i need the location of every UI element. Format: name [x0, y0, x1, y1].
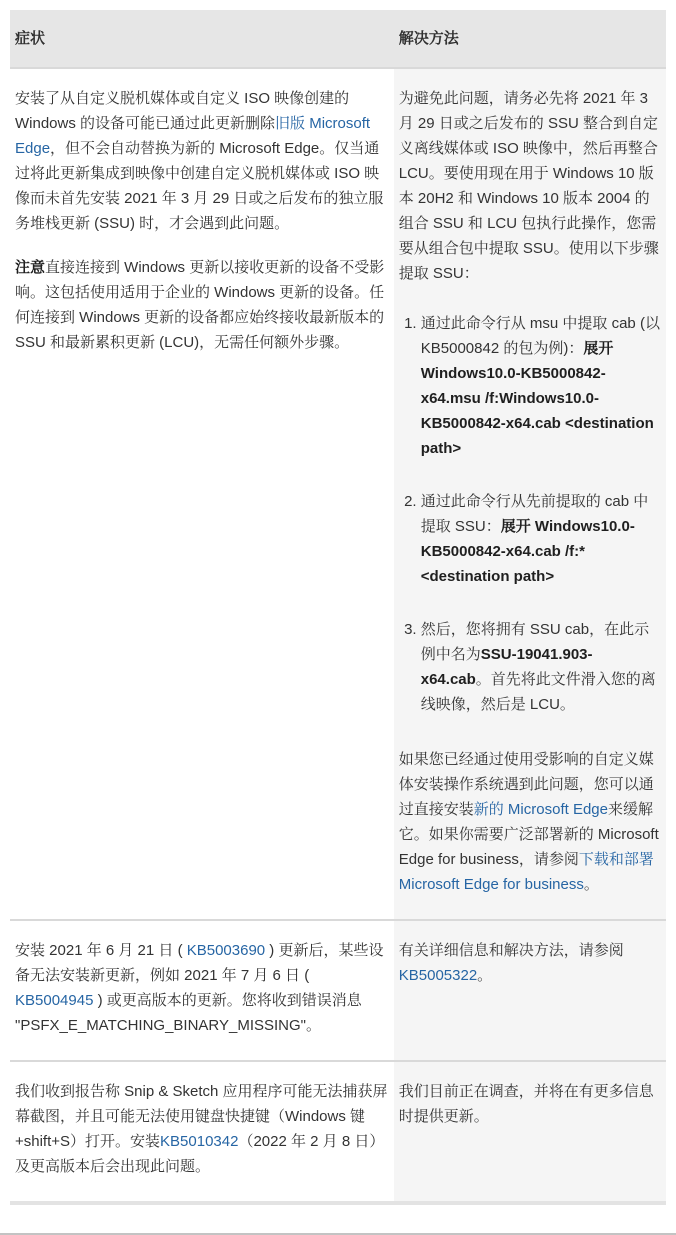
bold-text: 展开 Windows10.0-KB5000842-x64.msu /f:Wind… — [421, 340, 654, 457]
text: 通过此命令行从 msu 中提取 cab (以 KB5000842 的包为例)： — [421, 315, 660, 357]
symptom-cell: 安装了从自定义脱机媒体或自定义 ISO 映像创建的 Windows 的设备可能已… — [10, 68, 394, 920]
link[interactable]: KB5010342 — [160, 1133, 238, 1150]
steps-list: 通过此命令行从 msu 中提取 cab (以 KB5000842 的包为例)：展… — [399, 311, 661, 717]
column-header-symptom: 症状 — [10, 10, 394, 68]
paragraph: 如果您已经通过使用受影响的自定义媒体安装操作系统遇到此问题，您可以通过直接安装新… — [399, 747, 661, 897]
step-item: 通过此命令行从先前提取的 cab 中提取 SSU：展开 Windows10.0-… — [421, 489, 661, 589]
paragraph: 注意直接连接到 Windows 更新以接收更新的设备不受影响。这包括使用适用于企… — [15, 255, 389, 355]
table-row: 我们收到报告称 Snip & Sketch 应用程序可能无法捕获屏幕截图，并且可… — [10, 1061, 666, 1203]
paragraph: 有关详细信息和解决方法，请参阅 KB5005322。 — [399, 938, 661, 988]
resolution-cell: 为避免此问题，请务必先将 2021 年 3 月 29 日或之后发布的 SSU 整… — [394, 68, 666, 920]
column-header-resolution: 解决方法 — [394, 10, 666, 68]
resolution-cell: 有关详细信息和解决方法，请参阅 KB5005322。 — [394, 920, 666, 1061]
bold-text: 注意 — [15, 259, 45, 276]
paragraph: 安装了从自定义脱机媒体或自定义 ISO 映像创建的 Windows 的设备可能已… — [15, 86, 389, 236]
step-item: 然后，您将拥有 SSU cab，在此示例中名为SSU-19041.903-x64… — [421, 617, 661, 717]
text: 安装 2021 年 6 月 21 日 ( — [15, 942, 187, 959]
text: 我们目前正在调查，并将在有更多信息时提供更新。 — [399, 1083, 654, 1125]
step-item: 通过此命令行从 msu 中提取 cab (以 KB5000842 的包为例)：展… — [421, 311, 661, 461]
support-article: 症状 解决方法 安装了从自定义脱机媒体或自定义 ISO 映像创建的 Window… — [0, 0, 676, 1235]
text: 直接连接到 Windows 更新以接收更新的设备不受影响。这包括使用适用于企业的… — [15, 259, 384, 351]
issues-table: 症状 解决方法 安装了从自定义脱机媒体或自定义 ISO 映像创建的 Window… — [10, 10, 666, 1205]
paragraph: 我们收到报告称 Snip & Sketch 应用程序可能无法捕获屏幕截图，并且可… — [15, 1079, 389, 1179]
text: 有关详细信息和解决方法，请参阅 — [399, 942, 624, 959]
text: ，但不会自动替换为新的 Microsoft Edge。仅当通过将此更新集成到映像… — [15, 140, 383, 232]
paragraph: 我们目前正在调查，并将在有更多信息时提供更新。 — [399, 1079, 661, 1129]
table-row: 安装了从自定义脱机媒体或自定义 ISO 映像创建的 Windows 的设备可能已… — [10, 68, 666, 920]
link[interactable]: KB5004945 — [15, 992, 93, 1009]
link[interactable]: 新的 Microsoft Edge — [474, 801, 608, 818]
paragraph: 为避免此问题，请务必先将 2021 年 3 月 29 日或之后发布的 SSU 整… — [399, 86, 661, 286]
text: 。 — [477, 967, 492, 984]
text: 为避免此问题，请务必先将 2021 年 3 月 29 日或之后发布的 SSU 整… — [399, 90, 659, 282]
text: 。 — [584, 876, 599, 893]
paragraph: 安装 2021 年 6 月 21 日 ( KB5003690 ) 更新后，某些设… — [15, 938, 389, 1038]
link[interactable]: KB5005322 — [399, 967, 477, 984]
link[interactable]: KB5003690 — [187, 942, 265, 959]
table-row: 安装 2021 年 6 月 21 日 ( KB5003690 ) 更新后，某些设… — [10, 920, 666, 1061]
symptom-cell: 安装 2021 年 6 月 21 日 ( KB5003690 ) 更新后，某些设… — [10, 920, 394, 1061]
resolution-cell: 我们目前正在调查，并将在有更多信息时提供更新。 — [394, 1061, 666, 1203]
table-header-row: 症状 解决方法 — [10, 10, 666, 68]
symptom-cell: 我们收到报告称 Snip & Sketch 应用程序可能无法捕获屏幕截图，并且可… — [10, 1061, 394, 1203]
